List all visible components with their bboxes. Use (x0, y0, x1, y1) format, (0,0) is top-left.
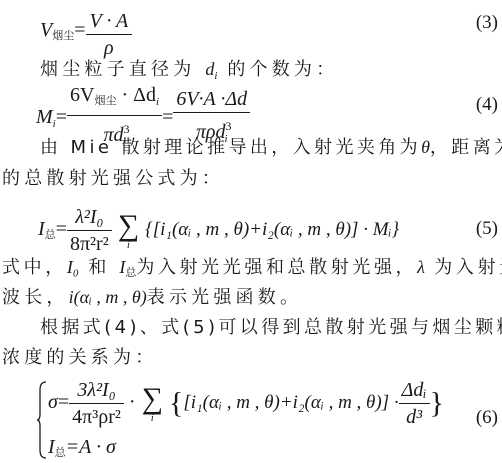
equation-number-3: (3) (476, 12, 498, 34)
text: 式中， (2, 257, 67, 278)
right-curly-brace: } (430, 387, 444, 420)
left-curly-brace: { (169, 387, 183, 420)
text: 表示光强函数。 (147, 287, 302, 308)
fraction: λ²I₀8π²r² (67, 204, 112, 257)
numerator: V · A (86, 8, 133, 35)
var-I: I (38, 218, 45, 240)
var-I0: I₀ (67, 257, 79, 277)
text: ，距离为 (430, 137, 502, 158)
equation-number-4: (4) (476, 94, 498, 116)
left-brace-icon (36, 380, 48, 460)
text: 为入射光光强和总散射光强， (136, 257, 417, 278)
paragraph-relation: 根据式(4)、式(5)可以得到总散射光强与烟尘颗粒 (40, 313, 502, 339)
sigma-icon: ∑ (118, 212, 139, 240)
subscript-total: 总 (125, 266, 136, 279)
numerator: 6V烟尘 · Δdi (67, 82, 162, 116)
subscript-smoke: 烟尘 (94, 94, 116, 107)
fraction: 3λ²I₀4π³ρr² (69, 377, 124, 430)
summation: ∑i (118, 212, 139, 250)
var-I: I (48, 436, 55, 458)
equation-6-line2: I总=A · σ (48, 436, 116, 460)
text: 的个数为： (227, 59, 338, 80)
var-V: V (40, 19, 52, 41)
summation: ∑i (142, 385, 163, 423)
text: 波长， (2, 287, 69, 308)
tail-fraction: Δdᵢd³ (399, 377, 430, 430)
var-M: M (36, 106, 53, 128)
paragraph-mie-intro: 由 Mie 散射理论推导出，入射光夹角为θ，距离为γ (40, 133, 502, 159)
dot: · (129, 391, 136, 413)
subscript-total: 总 (45, 228, 56, 241)
denominator: 4π³ρr² (69, 404, 124, 430)
subscript-i: i (214, 70, 217, 82)
fraction: V · Aρ (86, 8, 133, 61)
sum-body: [i₁(αᵢ , m , θ)+i₂(αᵢ , m , θ)] · (183, 392, 398, 413)
sigma-icon: ∑ (142, 385, 163, 413)
equals: = (58, 391, 69, 413)
numerator: λ²I₀ (67, 204, 112, 231)
text: 烟尘粒子直径为 (40, 59, 195, 80)
paragraph-definitions-line2: 波长，i(αᵢ , m , θ)表示光强函数。 (2, 283, 302, 309)
equals: = (56, 218, 67, 240)
equals: = (74, 19, 85, 41)
equals: = (162, 106, 173, 128)
denominator: d³ (399, 404, 430, 430)
equation-3: V烟尘=V · Aρ (40, 2, 132, 61)
var-theta: θ (421, 137, 430, 157)
subscript-smoke: 烟尘 (52, 29, 74, 42)
text: 为入射光 (434, 257, 502, 278)
superscript: 3 (226, 119, 232, 133)
paragraph-particle-count: 烟尘粒子直径为 di 的个数为： (40, 55, 338, 82)
text: 6V (70, 84, 94, 106)
equals: = (56, 106, 67, 128)
numerator: Δdᵢ (399, 377, 430, 404)
subscript-i: i (156, 96, 159, 108)
equation-5: I总=λ²I₀8π²r²∑i{[i₁(αᵢ , m , θ)+i₂(αᵢ , m… (38, 204, 399, 257)
subscript-total: 总 (55, 446, 66, 459)
equation-number-5: (5) (476, 218, 498, 240)
var-lambda: λ (417, 257, 425, 277)
paragraph-mie-intro-line2: 的总散射光强公式为： (2, 164, 224, 190)
text: 由 Mie 散射理论推导出，入射光夹角为 (40, 137, 421, 158)
paragraph-definitions: 式中，I₀ 和 I总为入射光光强和总散射光强，λ 为入射光 (2, 253, 502, 280)
function-i: i(αᵢ , m , θ) (69, 287, 147, 307)
var-d: d (205, 59, 214, 79)
numerator: 3λ²I₀ (69, 377, 124, 404)
equation-rest: =A · σ (66, 436, 116, 458)
text: 和 (88, 257, 110, 278)
numerator: 6V·A ·Δd (173, 86, 250, 113)
equation-6-line1: σ=3λ²I₀4π³ρr² ·∑i{[i₁(αᵢ , m , θ)+i₂(αᵢ … (48, 377, 444, 430)
text: · Δd (116, 84, 156, 106)
var-sigma: σ (48, 391, 58, 413)
paragraph-relation-line2: 浓度的关系为： (2, 343, 157, 369)
sum-body: {[i₁(αᵢ , m , θ)+i₂(αᵢ , m , θ)] · Mᵢ} (145, 219, 399, 240)
equation-number-6: (6) (476, 407, 498, 429)
